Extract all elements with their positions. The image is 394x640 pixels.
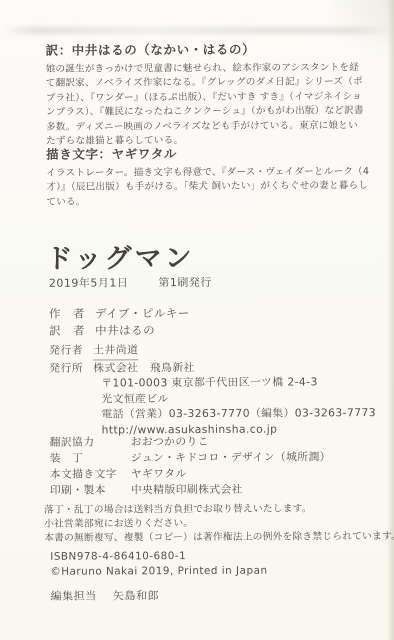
credit-row-translator: 訳 者 中井はるの xyxy=(49,322,190,339)
copyright-text: ©Haruno Nakai 2019, Printed in Japan xyxy=(50,564,267,580)
editor-name: 矢島和郎 xyxy=(113,587,159,603)
staff-value: おおつかのりこ xyxy=(131,434,209,450)
house-name: 株式会社 飛鳥新社 xyxy=(93,360,195,376)
publisher-house-row: 発行所 株式会社 飛鳥新社 xyxy=(49,359,376,376)
staff-row: 翻訳協力 おおつかのりこ xyxy=(50,433,331,450)
editor-row: 編集担当 矢島和郎 xyxy=(50,587,159,604)
publisher-address: 〒101-0003 東京都千代田区一ツ橋 2-4-3 光文恒産ビル 電話（営業）… xyxy=(101,374,376,438)
edition-line: 2019年5月1日第1刷発行 xyxy=(49,274,212,291)
issuer-label: 発行者 xyxy=(49,343,93,361)
staff-label: 装 丁 xyxy=(50,450,131,466)
staff-value: ヤギワタル xyxy=(131,466,187,482)
printing-label: 印刷・製本 xyxy=(50,482,131,498)
printing-value: 中央精版印刷株式会社 xyxy=(131,482,243,498)
notice-line: 本書の無断複写、複製（コピー）は著作権法上の例外を除き禁じられています。 xyxy=(44,530,392,546)
isbn-text: ISBN978-4-86410-680-1 xyxy=(50,549,267,565)
notices-block: 落丁・乱丁の場合は送料当方負担でお取り替えいたします。 小社営業部宛にお送りくだ… xyxy=(44,502,392,546)
edition-date: 2019年5月1日 xyxy=(49,276,129,289)
address-line: 電話（営業）03-3263-7770（編集）03-3263-7773 xyxy=(101,405,376,422)
editor-label: 編集担当 xyxy=(50,588,96,604)
address-line: 〒101-0003 東京都千代田区一ツ橋 2-4-3 xyxy=(101,374,376,391)
isbn-block: ISBN978-4-86410-680-1 ©Haruno Nakai 2019… xyxy=(50,549,267,581)
credit-label: 作 者 xyxy=(49,306,95,323)
scanned-colophon-page: 訳：中井はるの（なかい・はるの） 娘の誕生がきっかけで児童書に魅せられ、絵本作家… xyxy=(0,0,394,640)
printing-row: 印刷・製本 中央精版印刷株式会社 xyxy=(50,482,243,499)
translator-bio: 娘の誕生がきっかけで児童書に魅せられ、絵本作家のアシスタントを経て翻訳家、ノベラ… xyxy=(46,61,366,149)
staff-label: 本文描き文字 xyxy=(50,466,131,482)
house-label: 発行所 xyxy=(49,360,93,376)
letterer-bio: イラストレーター。描き文字も得意で、『ダース・ヴェイダーとルーク（4才）』（辰巳… xyxy=(46,165,374,210)
credit-value: デイブ・ピルキー xyxy=(95,305,190,322)
credit-value: 中井はるの xyxy=(95,322,155,339)
book-title: ドッグマン xyxy=(46,236,195,276)
letterer-heading: 描き文字：ヤギワタル xyxy=(46,143,374,163)
translator-profile: 訳：中井はるの（なかい・はるの） 娘の誕生がきっかけで児童書に魅せられ、絵本作家… xyxy=(46,39,367,149)
publisher-issuer-row: 発行者 土井尚道 xyxy=(49,341,376,360)
edition-printing: 第1刷発行 xyxy=(158,276,212,289)
issuer-name: 土井尚道 xyxy=(93,342,138,360)
credit-label: 訳 者 xyxy=(49,322,95,339)
publisher-block: 発行者 土井尚道 発行所 株式会社 飛鳥新社 〒101-0003 東京都千代田区… xyxy=(49,341,376,438)
colophon-content: 訳：中井はるの（なかい・はるの） 娘の誕生がきっかけで児童書に魅せられ、絵本作家… xyxy=(0,0,394,640)
staff-row: 本文描き文字 ヤギワタル xyxy=(50,465,331,482)
letterer-profile: 描き文字：ヤギワタル イラストレーター。描き文字も得意で、『ダース・ヴェイダーと… xyxy=(46,143,374,210)
address-line: 光文恒産ビル xyxy=(101,390,376,407)
staff-row: 装 丁 ジュン・キドコロ・デザイン（城所潤） xyxy=(50,449,331,466)
staff-credits: 翻訳協力 おおつかのりこ 装 丁 ジュン・キドコロ・デザイン（城所潤） 本文描き… xyxy=(50,433,331,482)
credit-row-author: 作 者 デイブ・ピルキー xyxy=(49,305,190,322)
staff-label: 翻訳協力 xyxy=(50,434,131,450)
translator-heading: 訳：中井はるの（なかい・はるの） xyxy=(46,39,366,59)
staff-value: ジュン・キドコロ・デザイン（城所潤） xyxy=(131,449,331,466)
credits: 作 者 デイブ・ピルキー 訳 者 中井はるの xyxy=(49,305,190,339)
